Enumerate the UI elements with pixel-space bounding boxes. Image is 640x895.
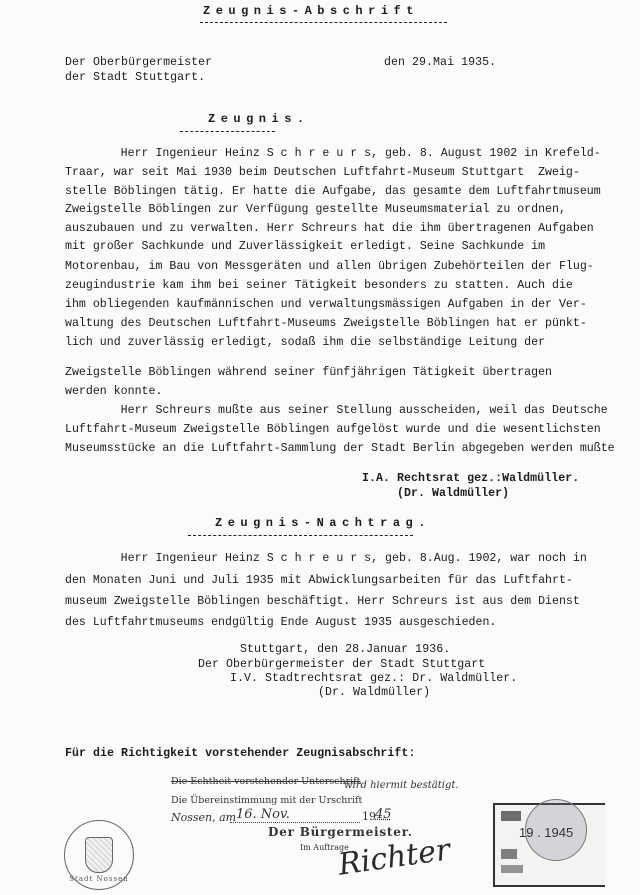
text-line: Zweigstelle Böblingen während seiner fün… [65, 364, 552, 382]
text-line: Luftfahrt-Museum Zweigstelle Böblingen a… [65, 421, 601, 439]
stamp-authority: Der Bürgermeister. [268, 825, 413, 839]
certificate-heading: Zeugnis. [208, 112, 310, 126]
text-line: Museumsstücke an die Luftfahrt-Sammlung … [65, 440, 615, 458]
text-line: auszubauen und zu verwalten. Herr Schreu… [65, 220, 594, 238]
addendum-heading-underline [188, 535, 413, 536]
stamp-smudge [501, 865, 523, 873]
document-page: Zeugnis-Abschrift Der Oberbürgermeister … [0, 0, 640, 895]
text-line: ihm obliegenden kaufmännischen und verwa… [65, 296, 587, 314]
sender-line-1: Der Oberbürgermeister [65, 55, 212, 70]
city-seal: Stadt Nossen [64, 820, 134, 890]
certificate-signature-line-2: (Dr. Waldmüller) [397, 486, 509, 501]
text-line: des Luftfahrtmuseums endgültig Ende Augu… [65, 614, 496, 632]
certificate-heading-underline [180, 131, 275, 132]
stamp-year-prefix: 19 [362, 810, 376, 823]
stamp-year-handwritten: 45 [375, 807, 392, 822]
handwritten-signature: Richter [336, 832, 452, 882]
text-line: den Monaten Juni und Juli 1935 mit Abwic… [65, 572, 573, 590]
sender-line-2: der Stadt Stuttgart. [65, 70, 205, 85]
text-line: museum Zweigstelle Böblingen beschäftigt… [65, 593, 580, 611]
title-underline [200, 22, 447, 23]
text-line: waltung des Deutschen Luftfahrt-Museums … [65, 315, 587, 333]
document-title: Zeugnis-Abschrift [203, 4, 419, 18]
stamp-smudge [501, 849, 517, 859]
text-line: Motorenbau, im Bau von Messgeräten und a… [65, 258, 594, 276]
text-line: mit großer Sachkunde und Zuverlässigkeit… [65, 238, 545, 256]
addendum-heading: Zeugnis-Nachtrag. [215, 516, 431, 530]
addendum-signature-line-1: I.V. Stadtrechtsrat gez.: Dr. Waldmüller… [230, 671, 517, 686]
date-dotted-line [230, 822, 360, 823]
stamp-date-handwritten: 16. Nov. [236, 807, 290, 822]
text-line: Herr Ingenieur Heinz S c h r e u r s, ge… [65, 550, 587, 568]
text-line: stelle Böblingen tätig. Er hatte die Auf… [65, 183, 601, 201]
seal-text: Stadt Nossen [65, 875, 133, 883]
stamp-smudge [501, 811, 521, 821]
text-line: Zweigstelle Böblingen zur Verfügung gest… [65, 201, 566, 219]
stamp-confirm: wird hiermit bestätigt. [344, 780, 459, 791]
fee-stamp: 19 . 1945 [493, 803, 605, 887]
document-date: den 29.Mai 1935. [384, 55, 496, 70]
text-line: Traar, war seit Mai 1930 beim Deutschen … [65, 164, 580, 182]
text-line: Herr Schreurs mußte aus seiner Stellung … [65, 402, 608, 420]
stamp-conformity-line: Die Übereinstimmung mit der Urschrift [171, 795, 362, 806]
certificate-signature-line-1: I.A. Rechtsrat gez.:Waldmüller. [362, 471, 579, 486]
text-line: lich und zuverlässig erledigt, sodaß ihm… [65, 334, 545, 352]
stamp-place: Nossen, am [171, 811, 236, 824]
stamp-struck-line: Die Echtheit vorstehender Unterschrift [171, 776, 361, 787]
addendum-authority: Der Oberbürgermeister der Stadt Stuttgar… [198, 657, 485, 672]
text-line: zeugindustrie kam ihm bei seiner Tätigke… [65, 277, 573, 295]
addendum-signature-line-2: (Dr. Waldmüller) [318, 685, 430, 700]
coat-of-arms-icon [85, 837, 113, 873]
addendum-place-date: Stuttgart, den 28.Januar 1936. [240, 642, 450, 657]
text-line: werden konnte. [65, 383, 162, 401]
attestation-statement: Für die Richtigkeit vorstehender Zeugnis… [65, 746, 415, 761]
text-line: Herr Ingenieur Heinz S c h r e u r s, ge… [65, 145, 601, 163]
fee-stamp-date: 19 . 1945 [519, 825, 573, 840]
